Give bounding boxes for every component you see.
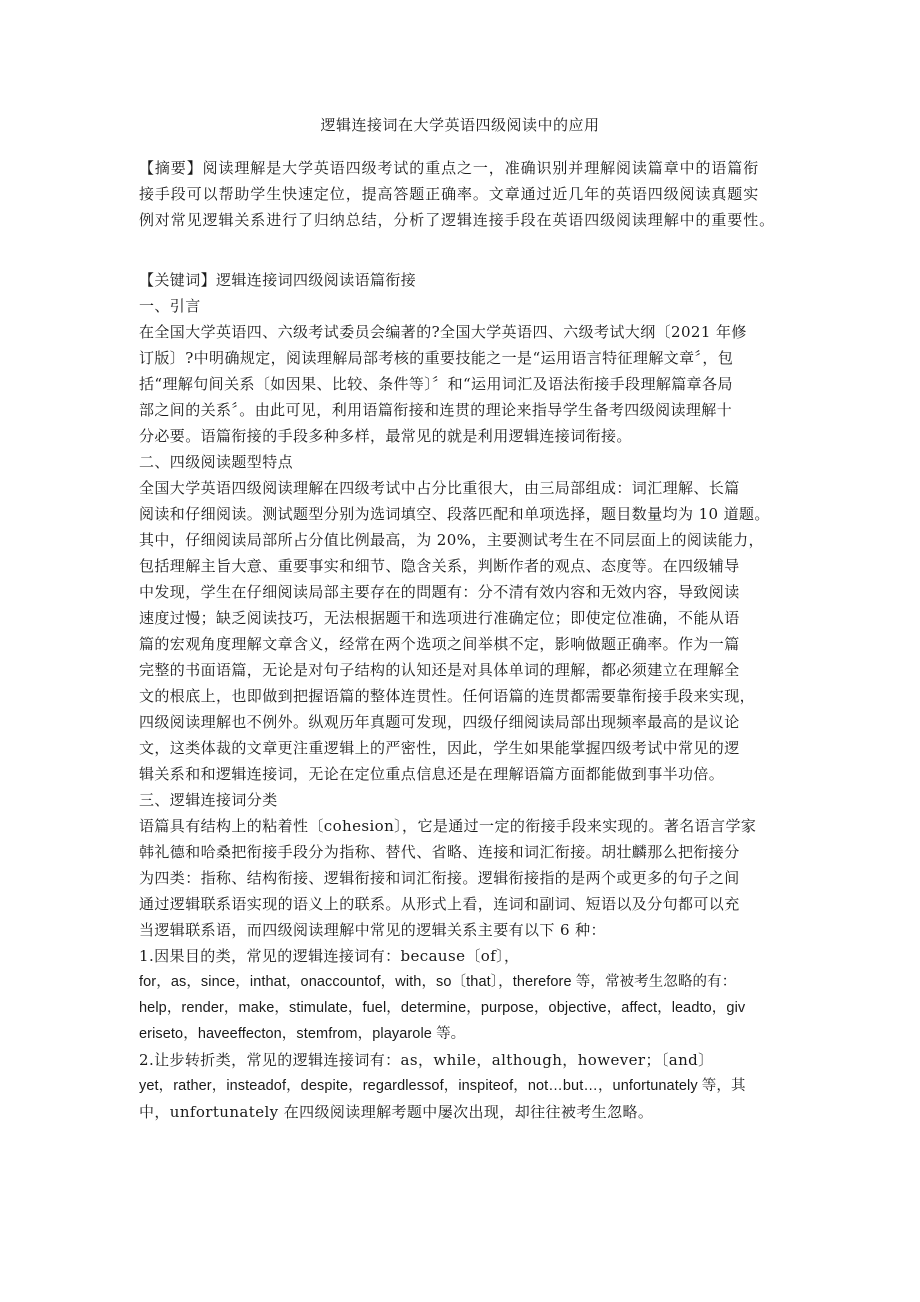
category-line: 1.因果目的类，常见的逻辑连接词有：because〔of〕， <box>139 943 799 969</box>
section-introduction: 一、引言 在全国大学英语四、六级考试委员会编著的?全国大学英语四、六级考试大纲〔… <box>139 293 799 449</box>
paragraph-line: 全国大学英语四级阅读理解在四级考试中占分比重很大，由三局部组成：词汇理解、长篇 <box>139 475 799 501</box>
paragraph-line: 为四类：指称、结构衔接、逻辑衔接和词汇衔接。逻辑衔接指的是两个或更多的句子之间 <box>139 865 799 891</box>
category-line: eriseto，haveeffecton，stemfrom，playarole … <box>139 1021 799 1047</box>
category-line: help，render，make，stimulate，fuel，determin… <box>139 995 799 1021</box>
paragraph-line: 完整的书面语篇，无论是对句子结构的认知还是对具体单词的理解，都必须建立在理解全 <box>139 657 799 683</box>
document-title: 逻辑连接词在大学英语四级阅读中的应用 <box>0 114 920 136</box>
paragraph-line: 速度过慢；缺乏阅读技巧，无法根据题干和选项进行准确定位；即使定位准确，不能从语 <box>139 605 799 631</box>
paragraph-line: 中发现，学生在仔细阅读局部主要存在的問題有：分不清有效内容和无效内容，导致阅读 <box>139 579 799 605</box>
category-line: yet，rather，insteadof，despite，regardlesso… <box>139 1073 799 1099</box>
paragraph-line: 四级阅读理解也不例外。纵观历年真题可发现，四级仔细阅读局部出现频率最高的是议论 <box>139 709 799 735</box>
category-line: 2.让步转折类，常见的逻辑连接词有：as，while，although，howe… <box>139 1047 799 1073</box>
section-heading: 二、四级阅读题型特点 <box>139 449 799 475</box>
document-page: 逻辑连接词在大学英语四级阅读中的应用 【摘要】阅读理解是大学英语四级考试的重点之… <box>0 0 920 1302</box>
paragraph-line: 部之间的关系〞。由此可见，利用语篇衔接和连贯的理论来指导学生备考四级阅读理解十 <box>139 397 799 423</box>
category-cause-purpose: 1.因果目的类，常见的逻辑连接词有：because〔of〕， for，as，si… <box>139 943 799 1047</box>
paragraph-line: 辑关系和和逻辑连接词，无论在定位重点信息还是在理解语篇方面都能做到事半功倍。 <box>139 761 799 787</box>
document-body: 【摘要】阅读理解是大学英语四级考试的重点之一，准确识别并理解阅读篇章中的语篇衔 … <box>139 155 799 1125</box>
category-concession-contrast: 2.让步转折类，常见的逻辑连接词有：as，while，although，howe… <box>139 1047 799 1125</box>
section-connective-classification: 三、逻辑连接词分类 语篇具有结构上的粘着性〔cohesion〕，它是通过一定的衔… <box>139 787 799 943</box>
abstract-line: 例对常见逻辑关系进行了归纳总结，分析了逻辑连接手段在英语四级阅读理解中的重要性。 <box>139 207 799 233</box>
paragraph-line: 包括理解主旨大意、重要事实和细节、隐含关系，判断作者的观点、态度等。在四级辅导 <box>139 553 799 579</box>
category-line: for，as，since，inthat，onaccountof，with，so〔… <box>139 969 799 995</box>
paragraph-line: 在全国大学英语四、六级考试委员会编著的?全国大学英语四、六级考试大纲〔2021 … <box>139 319 799 345</box>
category-line: 中，unfortunately 在四级阅读理解考题中屡次出现，却往往被考生忽略。 <box>139 1099 799 1125</box>
keywords-line: 【关键词】逻辑连接词四级阅读语篇衔接 <box>139 267 799 293</box>
paragraph-line: 分必要。语篇衔接的手段多种多样，最常见的就是利用逻辑连接词衔接。 <box>139 423 799 449</box>
paragraph-line: 文，这类体裁的文章更注重逻辑上的严密性，因此，学生如果能掌握四级考试中常见的逻 <box>139 735 799 761</box>
abstract-line: 【摘要】阅读理解是大学英语四级考试的重点之一，准确识别并理解阅读篇章中的语篇衔 <box>139 155 799 181</box>
abstract-paragraph: 【摘要】阅读理解是大学英语四级考试的重点之一，准确识别并理解阅读篇章中的语篇衔 … <box>139 155 799 233</box>
paragraph-line: 篇的宏观角度理解文章含义，经常在两个选项之间举棋不定，影响做题正确率。作为一篇 <box>139 631 799 657</box>
paragraph-line: 阅读和仔细阅读。测试题型分别为选词填空、段落匹配和单项选择，题目数量均为 10 … <box>139 501 799 527</box>
section-question-types: 二、四级阅读题型特点 全国大学英语四级阅读理解在四级考试中占分比重很大，由三局部… <box>139 449 799 787</box>
paragraph-line: 括“理解句间关系〔如因果、比较、条件等〕〞和“运用词汇及语法衔接手段理解篇章各局 <box>139 371 799 397</box>
paragraph-line: 文的根底上，也即做到把握语篇的整体连贯性。任何语篇的连贯都需要靠衔接手段来实现， <box>139 683 799 709</box>
paragraph-line: 其中，仔细阅读局部所占分值比例最高，为 20%，主要测试考生在不同层面上的阅读能… <box>139 527 799 553</box>
paragraph-line: 当逻辑联系语，而四级阅读理解中常见的逻辑关系主要有以下 6 种： <box>139 917 799 943</box>
paragraph-line: 通过逻辑联系语实现的语义上的联系。从形式上看，连词和副词、短语以及分句都可以充 <box>139 891 799 917</box>
abstract-line: 接手段可以帮助学生快速定位，提高答题正确率。文章通过近几年的英语四级阅读真题实 <box>139 181 799 207</box>
section-heading: 三、逻辑连接词分类 <box>139 787 799 813</box>
paragraph-line: 韩礼德和哈桑把衔接手段分为指称、替代、省略、连接和词汇衔接。胡壮麟那么把衔接分 <box>139 839 799 865</box>
paragraph-line: 语篇具有结构上的粘着性〔cohesion〕，它是通过一定的衔接手段来实现的。著名… <box>139 813 799 839</box>
spacer <box>139 233 799 267</box>
section-heading: 一、引言 <box>139 293 799 319</box>
paragraph-line: 订版〕?中明确规定，阅读理解局部考核的重要技能之一是“运用语言特征理解文章〞，包 <box>139 345 799 371</box>
